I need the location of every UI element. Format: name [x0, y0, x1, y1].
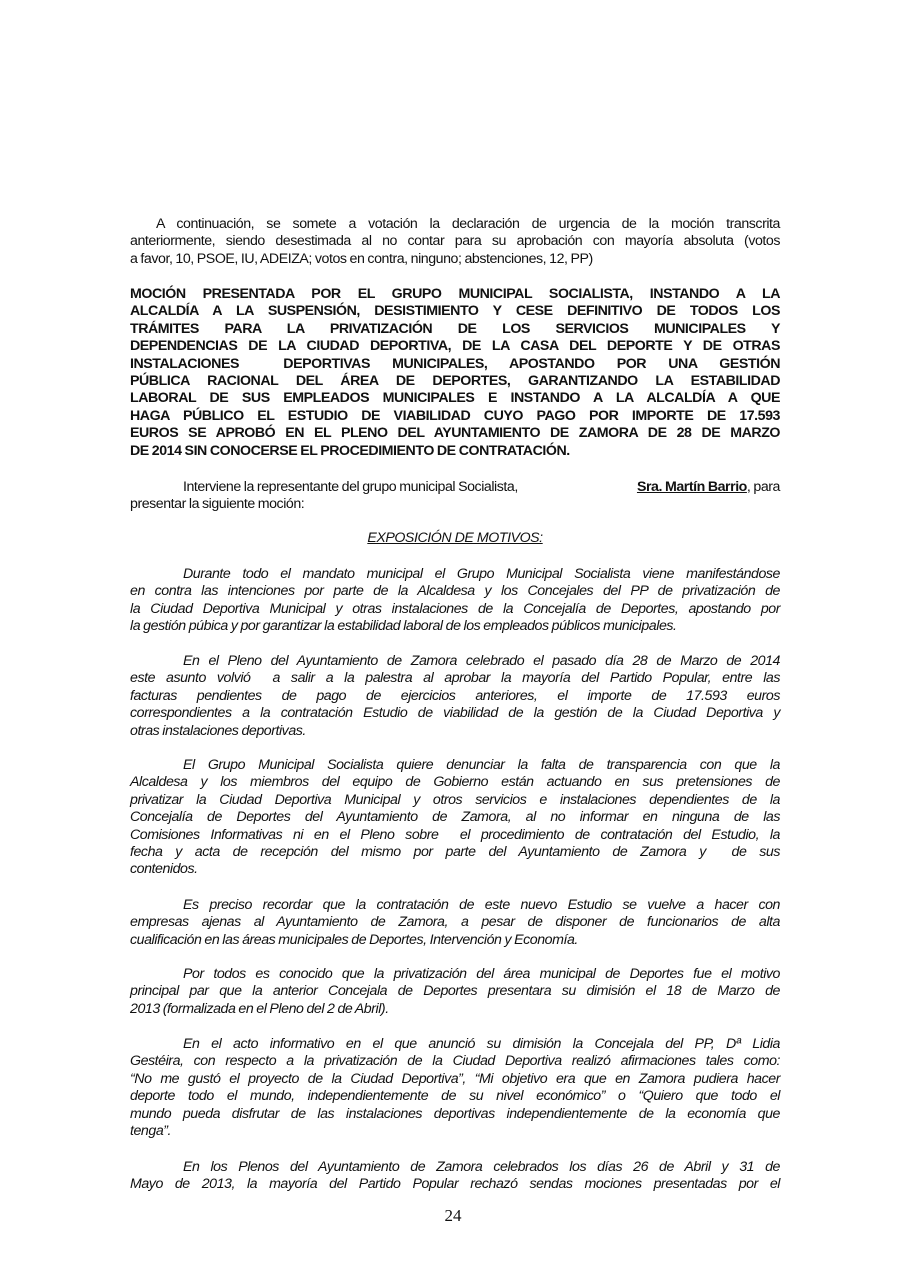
motivos-paragraph-7: En los Plenos del Ayuntamiento de Zamora…	[130, 1159, 780, 1194]
intervention-paragraph: Interviene la representante del grupo mu…	[130, 479, 780, 514]
text-line: En los Plenos del Ayuntamiento de Zamora…	[130, 1159, 780, 1176]
text-line: Gestéira, con respecto a la privatizació…	[130, 1053, 780, 1070]
text-line: El Grupo Municipal Socialista quiere den…	[130, 757, 780, 774]
text-line: contenidos.	[130, 861, 780, 878]
intervention-lead: Interviene la representante del grupo mu…	[183, 479, 518, 496]
text-line: principal par que la anterior Concejala …	[130, 983, 780, 1000]
motivos-paragraph-4: Es preciso recordar que la contratación …	[130, 897, 780, 949]
text-line: fecha y acta de recepción del mismo por …	[130, 844, 780, 861]
text-line: empresas ajenas al Ayuntamiento de Zamor…	[130, 914, 780, 931]
title-line: ALCALDÍA A LA SUSPENSIÓN, DESISTIMIENTO …	[130, 303, 780, 320]
title-line: PÚBLICA RACIONAL DEL ÁREA DE DEPORTES, G…	[130, 373, 780, 390]
text-line: Es preciso recordar que la contratación …	[130, 897, 780, 914]
text-line: facturas pendientes de pago de ejercicio…	[130, 688, 780, 705]
title-line: MOCIÓN PRESENTADA POR EL GRUPO MUNICIPAL…	[130, 286, 780, 303]
text-line: Durante todo el mandato municipal el Gru…	[130, 566, 780, 583]
text-line: En el acto informativo en el que anunció…	[130, 1036, 780, 1053]
speaker-line-end: Sra. Martín Barrio, para	[637, 479, 780, 496]
motivos-paragraph-1: Durante todo el mandato municipal el Gru…	[130, 566, 780, 636]
text-line: Interviene la representante del grupo mu…	[130, 479, 780, 496]
section-heading-text: EXPOSICIÓN DE MOTIVOS:	[367, 530, 542, 546]
text-line: mundo pueda disfrutar de las instalacion…	[130, 1106, 780, 1123]
document-page: A continuación, se somete a votación la …	[0, 0, 906, 1280]
text-line: correspondientes a la contratación Estud…	[130, 705, 780, 722]
motivos-paragraph-3: El Grupo Municipal Socialista quiere den…	[130, 757, 780, 879]
text-line: cualificación en las áreas municipales d…	[130, 932, 780, 949]
text-line: este asunto volvió a salir a la palestra…	[130, 670, 780, 687]
motion-title: MOCIÓN PRESENTADA POR EL GRUPO MUNICIPAL…	[130, 286, 780, 460]
text-line: Por todos es conocido que la privatizaci…	[130, 966, 780, 983]
text-line: Concejalía de Deportes del Ayuntamiento …	[130, 809, 780, 826]
speaker-name: Sra. Martín Barrio	[637, 479, 747, 496]
text-line: En el Pleno del Ayuntamiento de Zamora c…	[130, 653, 780, 670]
title-line: TRÁMITES PARA LA PRIVATIZACIÓN DE LOS SE…	[130, 321, 780, 338]
text-line: “No me gustó el proyecto de la Ciudad De…	[130, 1071, 780, 1088]
text-line: deporte todo el mundo, independientement…	[130, 1088, 780, 1105]
text-line: privatizar la Ciudad Deportiva Municipal…	[130, 792, 780, 809]
page-number: 24	[0, 1206, 906, 1226]
text-line: otras instalaciones deportivas.	[130, 723, 780, 740]
motivos-paragraph-2: En el Pleno del Ayuntamiento de Zamora c…	[130, 653, 780, 740]
motivos-paragraph-6: En el acto informativo en el que anunció…	[130, 1036, 780, 1140]
text-line: la gestión púbica y por garantizar la es…	[130, 618, 780, 635]
title-line: INSTALACIONES DEPORTIVAS MUNICIPALES, AP…	[130, 356, 780, 373]
title-line: LABORAL DE SUS EMPLEADOS MUNICIPALES E I…	[130, 390, 780, 407]
text-line: A continuación, se somete a votación la …	[130, 216, 780, 233]
text-line: la Ciudad Deportiva Municipal y otras in…	[130, 601, 780, 618]
text-line: Alcaldesa y los miembros del equipo de G…	[130, 774, 780, 791]
text-line: tenga”.	[130, 1123, 780, 1140]
text-line: presentar la siguiente moción:	[130, 496, 780, 513]
title-line: EUROS SE APROBÓ EN EL PLENO DEL AYUNTAMI…	[130, 425, 780, 442]
title-line: DEPENDENCIAS DE LA CIUDAD DEPORTIVA, DE …	[130, 338, 780, 355]
motivos-paragraph-5: Por todos es conocido que la privatizaci…	[130, 966, 780, 1018]
intro-paragraph: A continuación, se somete a votación la …	[130, 216, 780, 268]
text-line: 2013 (formalizada en el Pleno del 2 de A…	[130, 1001, 780, 1018]
text-line: en contra las intenciones por parte de l…	[130, 583, 780, 600]
text-line: Mayo de 2013, la mayoría del Partido Pop…	[130, 1176, 780, 1193]
intervention-tail: , para	[747, 479, 780, 496]
text-line: anteriormente, siendo desestimada al no …	[130, 233, 780, 250]
text-line: Comisiones Informativas ni en el Pleno s…	[130, 827, 780, 844]
title-line: DE 2014 SIN CONOCERSE EL PROCEDIMIENTO D…	[130, 443, 780, 460]
title-line: HAGA PÚBLICO EL ESTUDIO DE VIABILIDAD CU…	[130, 408, 780, 425]
text-line: a favor, 10, PSOE, IU, ADEIZA; votos en …	[130, 251, 780, 268]
section-heading: EXPOSICIÓN DE MOTIVOS:	[130, 530, 780, 547]
